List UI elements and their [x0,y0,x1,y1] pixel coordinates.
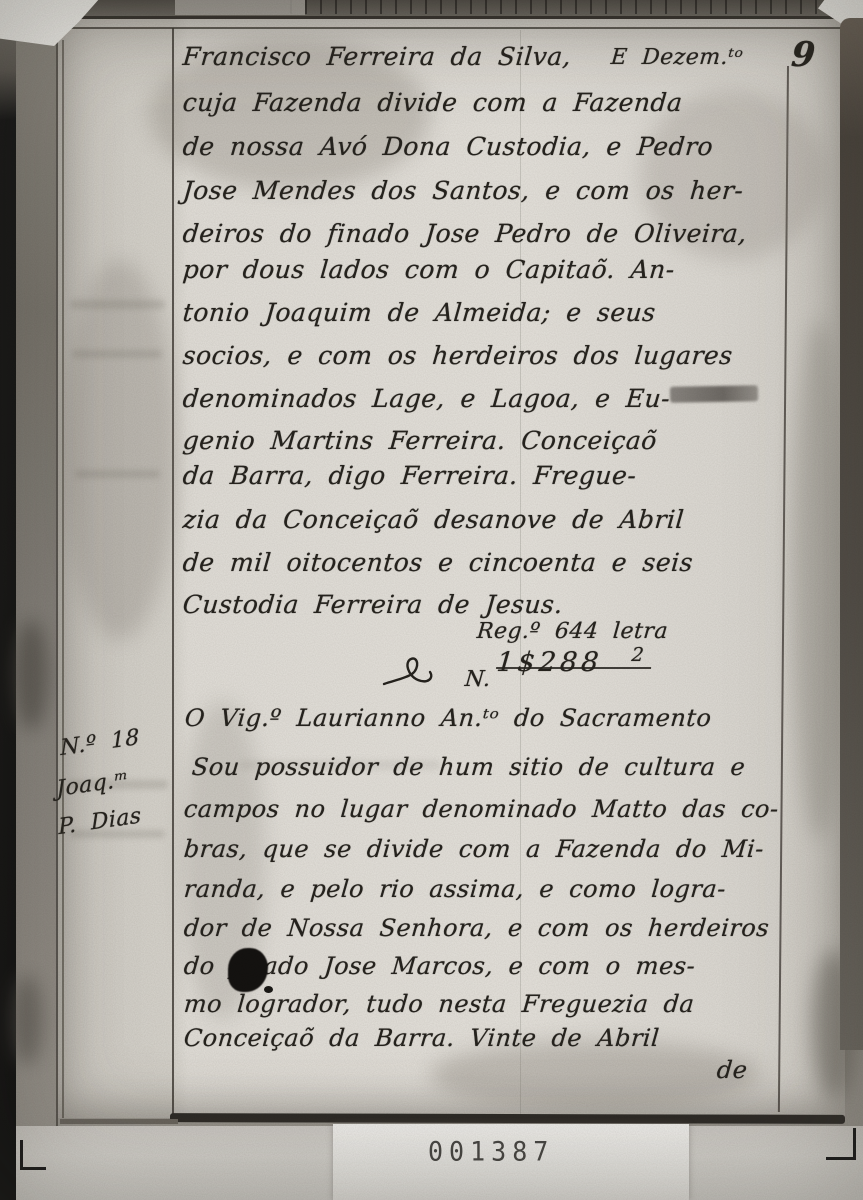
ruled-line-margin-inner [172,28,174,1118]
ruled-line-top [60,27,843,29]
fee-currency-label: N. [464,668,492,691]
manuscript-line: cuja Fazenda divide com a Fazenda [182,90,684,116]
manuscript-line: deiros do finado Jose Pedro de Oliveira, [182,221,748,247]
crop-corner-mark-bottom-right [826,1128,856,1160]
top-edge-light-gap [175,0,305,15]
stamp-paper-strip: 001387 [333,1124,689,1200]
manuscript-line: Custodia Ferreira de Jesus. [182,592,564,618]
catchword: de [716,1058,749,1083]
page-bottom-edge [170,1113,845,1124]
manuscript-line: Jose Mendes dos Santos, e com os her- [182,178,745,204]
manuscript-line: campos no lugar denominado Matto das co- [183,797,780,822]
ink-bleed-ghost [75,470,160,478]
manuscript-line: de mil oitocentos e cincoenta e seis [182,550,694,576]
ink-bleed-ghost [70,300,165,309]
manuscript-line: socios, e com os herdeiros dos lugares [182,343,734,369]
crop-corner-mark-bottom-left [20,1140,46,1170]
manuscript-line: dor de Nossa Senhora, e com os herdeiros [183,916,771,941]
ink-bleed-ghost [72,350,162,358]
fee-value: 1$288 [495,646,604,677]
page-bottom-edge [60,1119,178,1124]
ink-blot-dot [264,986,273,993]
manuscript-line: randa, e pelo rio assima, e como logra- [183,877,727,902]
manuscript-line: de nossa Avó Dona Custodia, e Pedro [182,134,715,160]
book-right-edge [840,18,863,1050]
manuscript-line: Francisco Ferreira da Silva, [182,44,573,70]
binding-stain [12,975,42,1065]
manuscript-line: Sou possuidor de hum sitio de cultura e [191,755,747,780]
ruled-line-margin-outer [62,40,64,1118]
manuscript-line: denominados Lage, e Lagoa, e Eu- [182,386,672,412]
manuscript-line: genio Martins Ferreira. Conceiçaõ [182,428,658,454]
paper-stain [792,320,847,840]
manuscript-line: tonio Joaquim de Almeida; e seus [182,300,657,326]
folio-stamp-number: 001387 [428,1136,554,1167]
entry-heading: O Vig.º Laurianno An.ᵗᵒ do Sacramento [184,706,713,731]
scanned-manuscript-page: E Dezem.ᵗᵒ 9 Francisco Ferreira da Silva… [0,0,863,1200]
manuscript-line: bras, que se divide com a Fazenda do Mi- [183,837,765,862]
binding-stitch-marks [290,0,863,14]
paper-stain [62,260,177,640]
ink-smudge [670,385,758,403]
binding-stain [14,620,48,730]
paraph-flourish-icon [380,650,438,704]
manuscript-line: por dous lados com o Capitaõ. An- [182,257,676,283]
manuscript-line: zia da Conceiçaõ desanove de Abril [182,507,685,533]
page-number: 9 [790,38,817,74]
manuscript-line: Conceiçaõ da Barra. Vinte de Abril [183,1026,661,1051]
manuscript-line: da Barra, digo Ferreira. Fregue- [182,463,638,489]
manuscript-line: mo logrador, tudo nesta Freguezia da [183,992,696,1017]
registry-note: Reg.º 644 letra [476,620,669,643]
header-annotation: E Dezem.ᵗᵒ [610,46,744,69]
